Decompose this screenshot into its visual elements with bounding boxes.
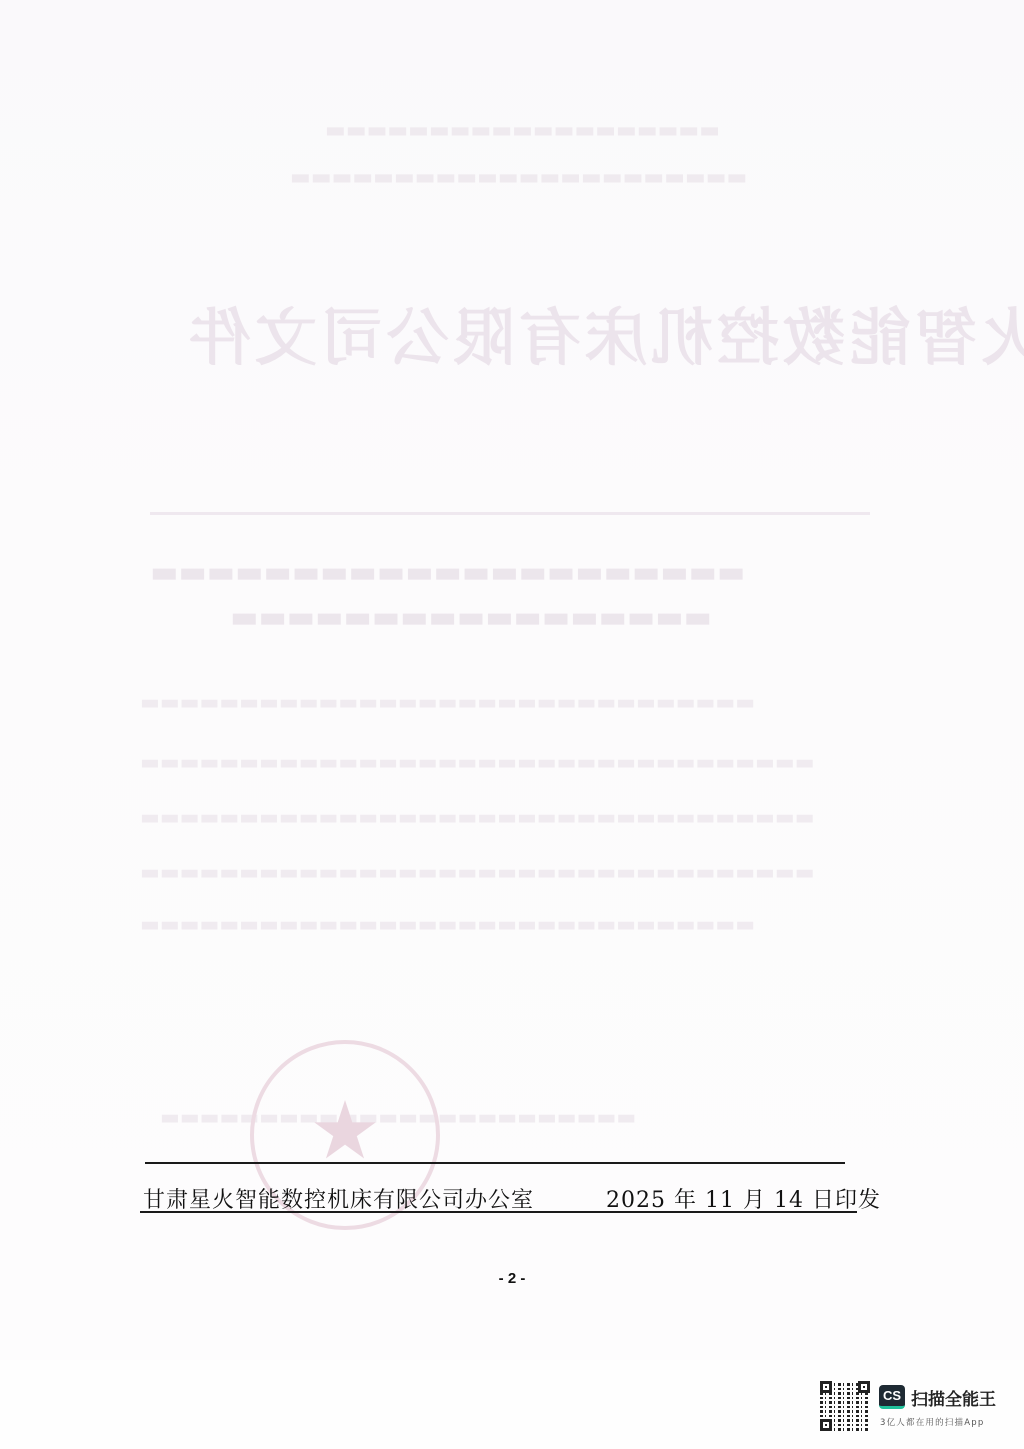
brand-name: 扫描全能王 [911, 1385, 996, 1410]
brand-tagline: 3亿人都在用的扫描App [880, 1416, 984, 1428]
footer-bottom-rule [140, 1211, 857, 1213]
star-icon: ★ [309, 1091, 381, 1171]
qr-finder-icon [820, 1381, 832, 1393]
scanned-page [0, 0, 1024, 1360]
footer-top-rule [145, 1162, 845, 1164]
qr-code-finders [820, 1381, 870, 1431]
bleed-through-rule [150, 512, 870, 515]
camscanner-logo-icon: CS [879, 1385, 905, 1409]
page-number: - 2 - [0, 1270, 1024, 1287]
qr-finder-icon [858, 1381, 870, 1393]
issuer-office: 甘肃星火智能数控机床有限公司办公室 [143, 1183, 534, 1214]
qr-finder-icon [820, 1419, 832, 1431]
issue-date: 2025 年 11 月 14 日印发 [606, 1183, 881, 1214]
